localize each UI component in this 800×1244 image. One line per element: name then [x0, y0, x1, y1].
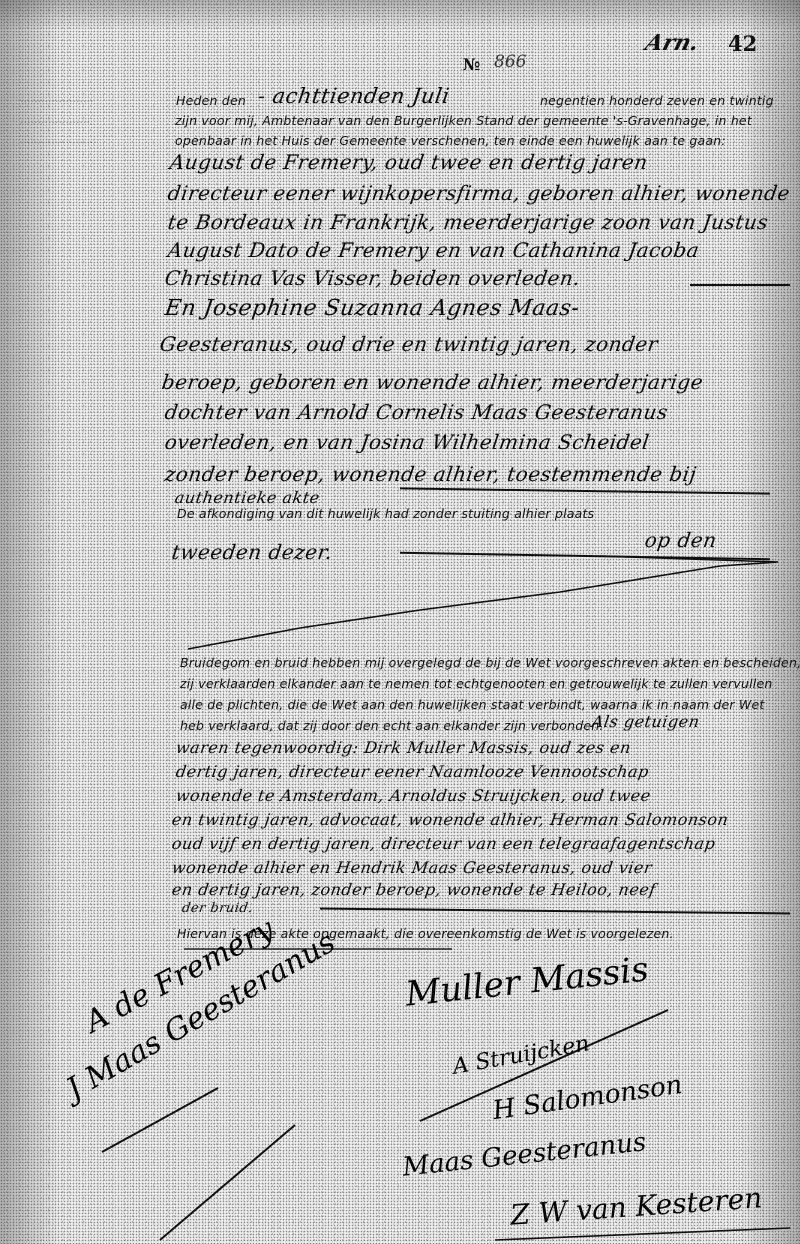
- scanned-certificate-page: Arn. 42 № 866 ····················· ····…: [0, 0, 800, 1244]
